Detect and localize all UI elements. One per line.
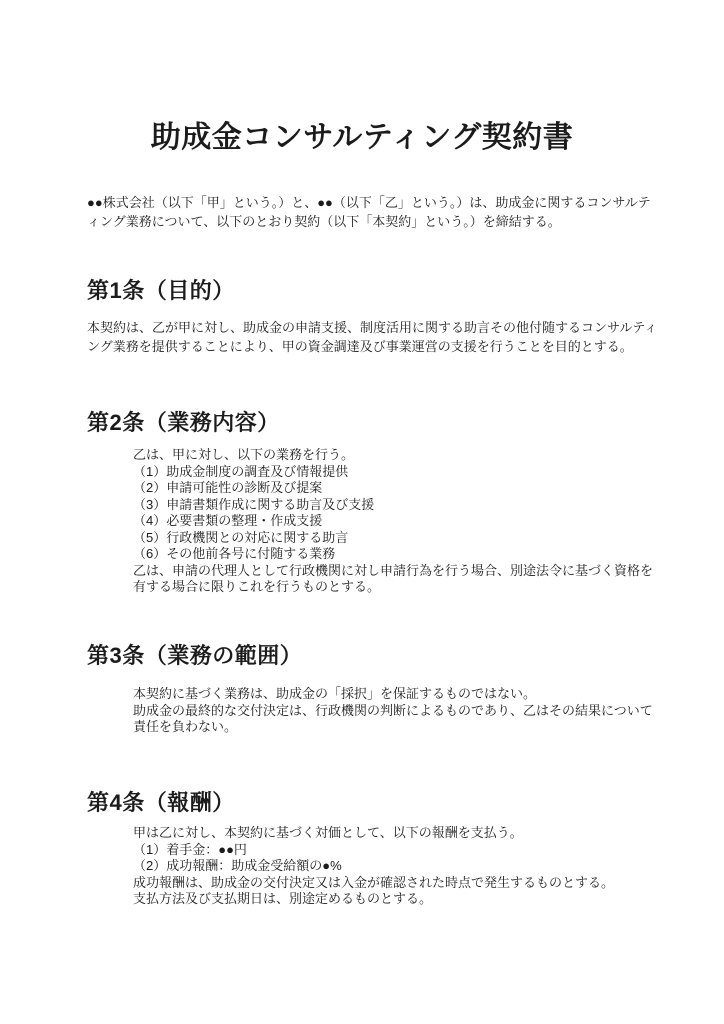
article-section: 第4条（報酬）甲は乙に対し、本契約に基づく対価として、以下の報酬を支払う。（1）… bbox=[87, 788, 662, 908]
article-body: 本契約に基づく業務は、助成金の「採択」を保証するものではない。助成金の最終的な交… bbox=[133, 686, 662, 736]
article-body: 甲は乙に対し、本契約に基づく対価として、以下の報酬を支払う。（1）着手金：●●円… bbox=[133, 825, 662, 908]
article-line: 本契約に基づく業務は、助成金の「採択」を保証するものではない。 bbox=[133, 686, 662, 703]
article-line: 助成金の最終的な交付決定は、行政機関の判断によるものであり、乙はその結果について… bbox=[133, 703, 662, 736]
article-line: （4）必要書類の整理・作成支援 bbox=[133, 513, 662, 530]
article-line: 本契約は、乙が甲に対し、助成金の申請支援、制度活用に関する助言その他付随するコン… bbox=[87, 318, 662, 356]
article-section: 第3条（業務の範囲）本契約に基づく業務は、助成金の「採択」を保証するものではない… bbox=[87, 641, 662, 736]
article-body: 本契約は、乙が甲に対し、助成金の申請支援、制度活用に関する助言その他付随するコン… bbox=[87, 318, 662, 356]
article-heading: 第4条（報酬） bbox=[87, 788, 662, 818]
article-line: 成功報酬は、助成金の交付決定又は入金が確認された時点で発生するものとする。 bbox=[133, 875, 662, 892]
article-body: 乙は、甲に対し、以下の業務を行う。（1）助成金制度の調査及び情報提供（2）申請可… bbox=[133, 447, 662, 596]
article-line: （2）成功報酬：助成金受給額の●% bbox=[133, 858, 662, 875]
article-line: （5）行政機関との対応に関する助言 bbox=[133, 530, 662, 547]
article-line: （1）着手金：●●円 bbox=[133, 842, 662, 859]
contract-document-page: 助成金コンサルティング契約書 ●●株式会社（以下「甲」という。）と、●●（以下「… bbox=[0, 0, 724, 1024]
article-heading: 第3条（業務の範囲） bbox=[87, 641, 662, 671]
article-line: 甲は乙に対し、本契約に基づく対価として、以下の報酬を支払う。 bbox=[133, 825, 662, 842]
article-line: （3）申請書類作成に関する助言及び支援 bbox=[133, 497, 662, 514]
article-section: 第2条（業務内容）乙は、甲に対し、以下の業務を行う。（1）助成金制度の調査及び情… bbox=[87, 408, 662, 596]
article-line: 支払方法及び支払期日は、別途定めるものとする。 bbox=[133, 891, 662, 908]
article-line: （6）その他前各号に付随する業務 bbox=[133, 546, 662, 563]
article-line: 乙は、申請の代理人として行政機関に対し申請行為を行う場合、別途法令に基づく資格を… bbox=[133, 563, 662, 596]
article-heading: 第2条（業務内容） bbox=[87, 408, 662, 438]
article-line: 乙は、甲に対し、以下の業務を行う。 bbox=[133, 447, 662, 464]
article-section: 第1条（目的）本契約は、乙が甲に対し、助成金の申請支援、制度活用に関する助言その… bbox=[87, 276, 662, 356]
article-heading: 第1条（目的） bbox=[87, 276, 662, 306]
article-line: （2）申請可能性の診断及び提案 bbox=[133, 480, 662, 497]
articles-container: 第1条（目的）本契約は、乙が甲に対し、助成金の申請支援、制度活用に関する助言その… bbox=[87, 0, 662, 1024]
article-line: （1）助成金制度の調査及び情報提供 bbox=[133, 464, 662, 481]
